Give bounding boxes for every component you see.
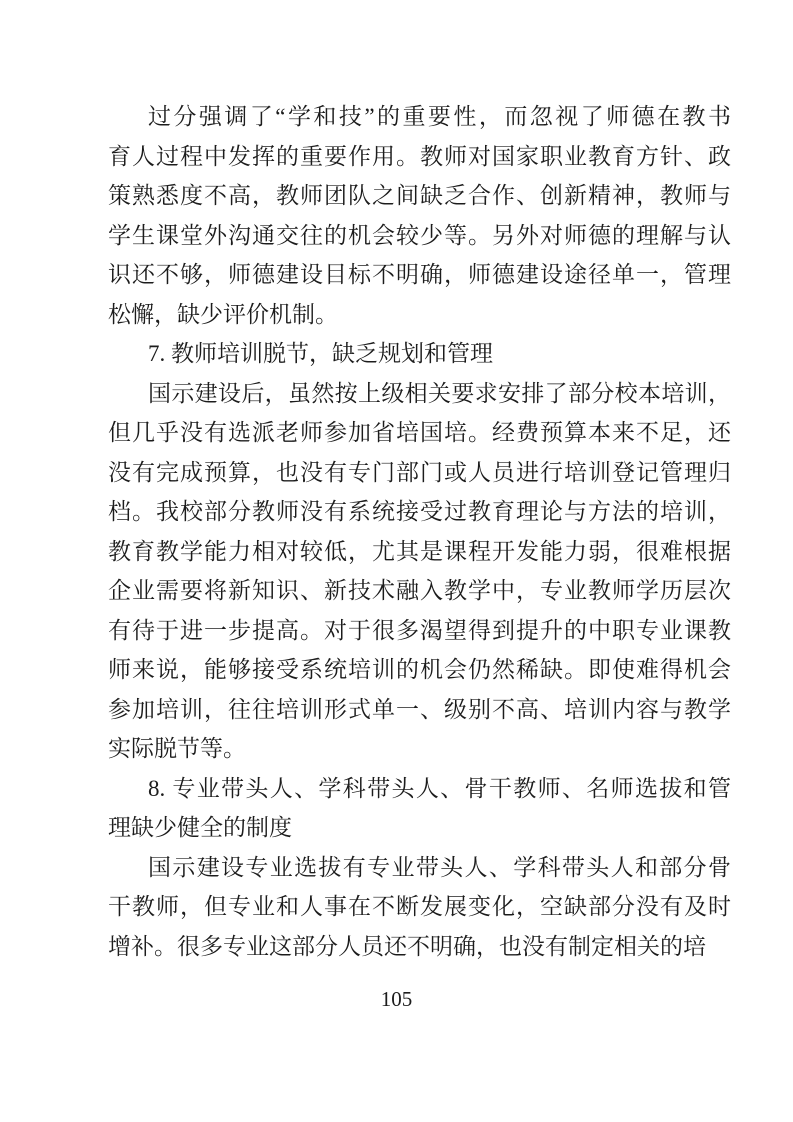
paragraph-line: 松懈，缺少评价机制。 [108, 295, 731, 335]
paragraph-line: 参加培训，往往培训形式单一、级别不高、培训内容与教学 [108, 690, 731, 730]
paragraph-line: 过分强调了“学和技”的重要性，而忽视了师德在教书 [108, 97, 731, 137]
paragraph-line: 教育教学能力相对较低，尤其是课程开发能力弱，很难根据 [108, 532, 731, 572]
paragraph-line: 但几乎没有选派老师参加省培国培。经费预算本来不足，还 [108, 413, 731, 453]
document-page: 过分强调了“学和技”的重要性，而忽视了师德在教书育人过程中发挥的重要作用。教师对… [0, 0, 793, 1122]
paragraph: 国示建设后，虽然按上级相关要求安排了部分校本培训，但几乎没有选派老师参加省培国培… [108, 374, 731, 769]
paragraph-line: 档。我校部分教师没有系统接受过教育理论与方法的培训， [108, 492, 731, 532]
paragraph-line: 增补。很多专业这部分人员还不明确，也没有制定相关的培 [108, 927, 731, 967]
paragraph-line: 国示建设后，虽然按上级相关要求安排了部分校本培训， [108, 374, 731, 414]
paragraph: 国示建设专业选拔有专业带头人、学科带头人和部分骨干教师，但专业和人事在不断发展变… [108, 848, 731, 967]
paragraph-line: 没有完成预算，也没有专门部门或人员进行培训登记管理归 [108, 453, 731, 493]
paragraph-line: 育人过程中发挥的重要作用。教师对国家职业教育方针、政 [108, 137, 731, 177]
text-block: 过分强调了“学和技”的重要性，而忽视了师德在教书育人过程中发挥的重要作用。教师对… [108, 97, 731, 966]
paragraph-line: 师来说，能够接受系统培训的机会仍然稀缺。即使难得机会 [108, 650, 731, 690]
paragraph-line: 企业需要将新知识、新技术融入教学中，专业教师学历层次 [108, 571, 731, 611]
section-heading: 7. 教师培训脱节，缺乏规划和管理 [108, 334, 731, 374]
paragraph-line: 策熟悉度不高，教师团队之间缺乏合作、创新精神，教师与 [108, 176, 731, 216]
paragraph-line: 国示建设专业选拔有专业带头人、学科带头人和部分骨 [108, 848, 731, 888]
paragraph-line: 干教师，但专业和人事在不断发展变化，空缺部分没有及时 [108, 887, 731, 927]
paragraph-line: 学生课堂外沟通交往的机会较少等。另外对师德的理解与认 [108, 216, 731, 256]
page-number: 105 [0, 984, 793, 1014]
heading-line: 8. 专业带头人、学科带头人、骨干教师、名师选拔和管 [108, 769, 731, 809]
section-heading: 8. 专业带头人、学科带头人、骨干教师、名师选拔和管理缺少健全的制度 [108, 769, 731, 848]
heading-line: 7. 教师培训脱节，缺乏规划和管理 [108, 334, 731, 374]
paragraph-line: 识还不够，师德建设目标不明确，师德建设途径单一，管理 [108, 255, 731, 295]
paragraph-line: 实际脱节等。 [108, 729, 731, 769]
paragraph: 过分强调了“学和技”的重要性，而忽视了师德在教书育人过程中发挥的重要作用。教师对… [108, 97, 731, 334]
heading-line: 理缺少健全的制度 [108, 808, 731, 848]
paragraph-line: 有待于进一步提高。对于很多渴望得到提升的中职专业课教 [108, 611, 731, 651]
